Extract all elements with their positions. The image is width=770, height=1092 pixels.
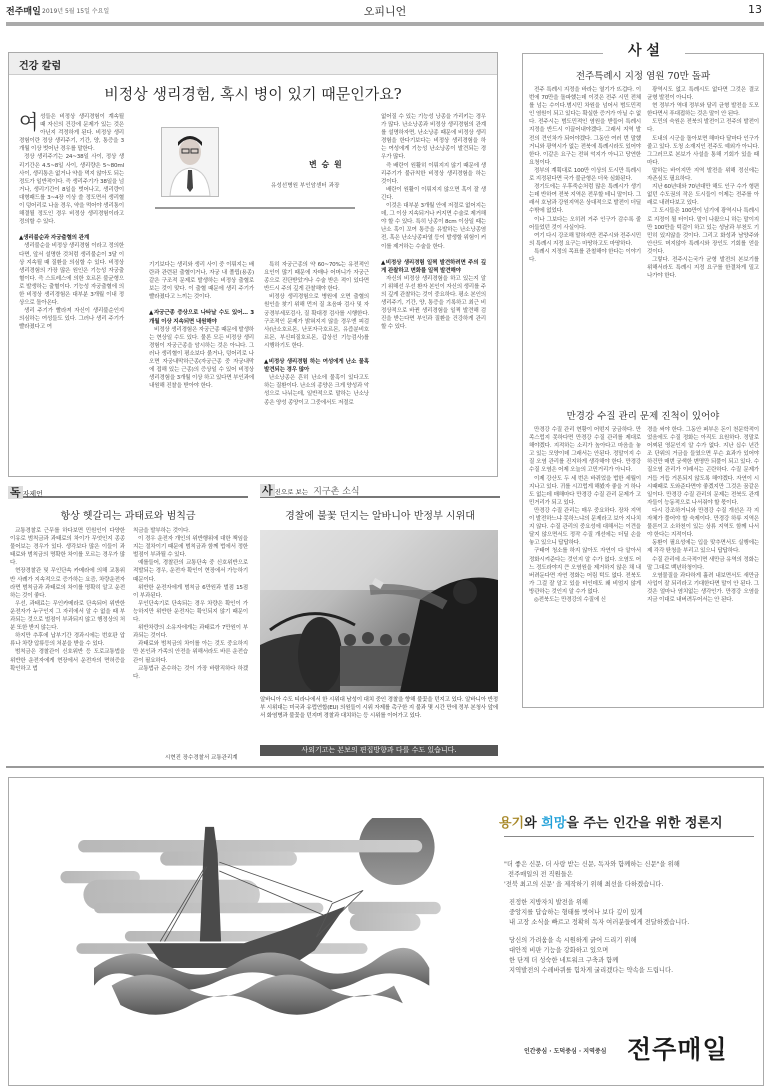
editorial-label: 사 설 [603,40,685,60]
newspaper-ad: 용기와 희망을 주는 인간을 위한 정론지 "더 좋은 신문, 더 사랑 받는 … [8,777,764,1086]
slogan-rule [504,836,754,837]
reader-headline: 항상 헷갈리는 과태료와 범칙금 [8,507,248,522]
author-name: 변 승 원 [309,159,343,170]
health-column: 건강 칼럼 비정상 생리경험, 혹시 병이 있기 때문인가요? 여성들은 비정상… [8,52,498,477]
ship-illustration [9,818,479,1058]
photo-news-header: 사진으로 보는 지구촌 소식 [260,479,500,498]
author-photo [161,127,219,197]
ad-slogan: 용기와 희망을 주는 인간을 위한 정론지 [499,812,723,831]
editorial-box: 사 설 전주특례시 지정 염원 70만 돌파 전주 특례시 지정을 바라는 열기… [522,53,764,708]
headline: 비정상 생리경험, 혹시 병이 있기 때문인가요? [9,83,497,104]
editorial-2-left: 만경강 수질 관리 현황이 어떤지 궁금하다. 만족스럽지 못하다면 만경강 수… [529,426,641,604]
reader-col-left: 교통경찰로 근무를 하다보면 민원인이 다양한 이유로 범칙금과 과태료의 차이… [10,527,125,673]
editorial-headline-2: 만경강 수질 관리 문제 진척이 있어야 [523,408,763,422]
ad-logo: 전주매일 [627,1030,728,1066]
column-1: 여성들은 비정상 생리경험이 계속될 때 자신의 건강에 문제가 있는 것은 아… [19,113,124,331]
photo-headline: 경찰에 불꽃 던지는 알바니아 반정부 시위대 [260,507,500,522]
section-label: 건강 칼럼 [9,53,497,75]
editorial-headline-1: 전주특례시 지정 염원 70만 돌파 [523,68,763,82]
editorial-2-right: 경을 써야 한다. 그동안 퍼부은 돈이 천문학적이었음에도 수질 정화는 아직… [647,426,759,604]
drop-cap: 여 [19,113,38,131]
reader-byline: 시현진 장수경찰서 교통관리계 [165,753,238,761]
column-4: 없어질 수 있는 기능성 낭종을 가리키는 경우가 많다. 난소낭종과 비정상 … [381,113,486,331]
ad-tagline: 인간중심 · 도덕중심 · 지역중심 [524,1046,606,1055]
column-3: 특히 자궁근종의 약 60~70%는 유전적인 요인이 많기 때문에 자매나 어… [264,261,369,407]
editorial-1-left: 전주 특례시 지정을 바라는 열기가 뜨겁다. 이번에 70만을 돌파했는데 이… [529,86,641,264]
section-rule [6,766,764,768]
paper-name: 전주매일 [6,4,41,17]
ad-paragraph-1: "더 좋은 신문, 더 사랑 받는 신문, 독자와 함께하는 신문"을 위해 전… [504,860,680,890]
photo-caption: 알바니아 수도 티라나에서 한 시위대 남성이 대치 중인 경찰을 향해 불꽃을… [260,696,498,720]
disclaimer-bar: 사외기고는 본보의 편집방향과 다를 수도 있습니다. [260,745,498,756]
section-name: 오피니언 [360,3,410,19]
issue-date: 2019년 5월 15일 수요일 [42,6,109,15]
protest-photo [260,530,498,692]
editorial-1-right: 광역시도 없고 특례시도 없다면 그것은 결코 균형 발전이 아니다. 현 정부… [647,86,759,280]
page-number: 13 [748,3,762,16]
column-2: 기기보다는 생리와 생리 사이 중 이뤄지는 배란과 관련된 출혈이거나, 자궁… [149,261,254,390]
author-title: 유성선병원 부인암센터 과장 [271,181,339,189]
reader-col-right: 칙금을 발부하는 것이다. 이 경우 운전자 개인의 위반행위에 대한 책임을 … [133,527,248,681]
ad-paragraph-2: 진정한 지방자치 발전을 위해 중앙지를 답습하는 형태를 벗어나 보다 깊이 … [509,898,689,928]
reader-column-header: 독자제언 [8,481,248,498]
author-rule [155,207,355,209]
header-rule [6,22,764,26]
ad-paragraph-3: 당신의 가려움을 속 시원하게 긁어 드리기 위해 대안적 비판 기능을 강화하… [509,936,673,976]
